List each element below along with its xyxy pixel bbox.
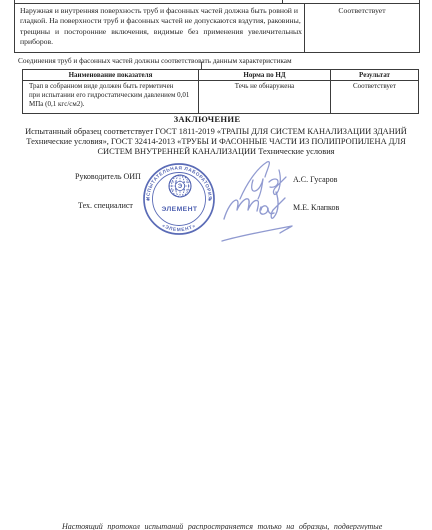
cutoff-row-remnant <box>15 0 419 4</box>
requirement-text-cell: Наружная и внутренняя поверхность труб и… <box>15 4 305 52</box>
stamp-center-letter: Э <box>178 184 183 190</box>
header-indicator-name: Наименование показателя <box>23 70 199 80</box>
header-result: Результат <box>331 70 418 80</box>
joints-intro-paragraph: Соединения труб и фасонных частей должны… <box>18 56 292 65</box>
conclusion-paragraph: Испытанный образец соответствует ГОСТ 18… <box>20 127 412 157</box>
handwritten-signatures <box>213 155 301 247</box>
requirement-result-cell: Соответствует <box>305 4 419 52</box>
gusarov-signature-icon <box>240 162 286 199</box>
klapkov-signature-icon <box>222 192 292 241</box>
stamp-left-star: ✱ <box>146 197 150 202</box>
result-cell: Соответствует <box>331 81 418 113</box>
stamp-center-name: ЭЛЕМЕНТ <box>162 206 198 213</box>
test-results-table: Наименование показателя Норма по НД Резу… <box>22 69 419 114</box>
stamp-right-star: ✱ <box>208 197 212 202</box>
header-norm: Норма по НД <box>199 70 331 80</box>
footer-note: Настоящий протокол испытаний распростран… <box>62 522 382 530</box>
requirements-table: Наружная и внутренняя поверхность труб и… <box>14 0 420 53</box>
norm-cell: Течь не обнаружена <box>199 81 331 113</box>
globe-icon: Э <box>169 175 191 197</box>
cutoff-column-divider <box>282 0 283 3</box>
table-header-row: Наименование показателя Норма по НД Резу… <box>23 70 418 81</box>
scanned-test-report-page: Наружная и внутренняя поверхность труб и… <box>0 0 432 530</box>
table-row: Наружная и внутренняя поверхность труб и… <box>15 4 419 52</box>
table-border-artifact <box>201 62 202 69</box>
lab-stamp-icon: ИСПЫТАТЕЛЬНАЯ ЛАБОРАТОРИЯ «ЭЛЕМЕНТ» ✱ ✱ … <box>141 161 217 237</box>
table-row: Трап в собранном виде должен быть гермет… <box>23 81 418 113</box>
conclusion-heading: ЗАКЛЮЧЕНИЕ <box>0 114 414 124</box>
signatory-role-head: Руководитель ОИП <box>75 172 141 181</box>
signatory-role-tech: Тех. специалист <box>78 201 133 210</box>
indicator-name-cell: Трап в собранном виде должен быть гермет… <box>23 81 199 113</box>
